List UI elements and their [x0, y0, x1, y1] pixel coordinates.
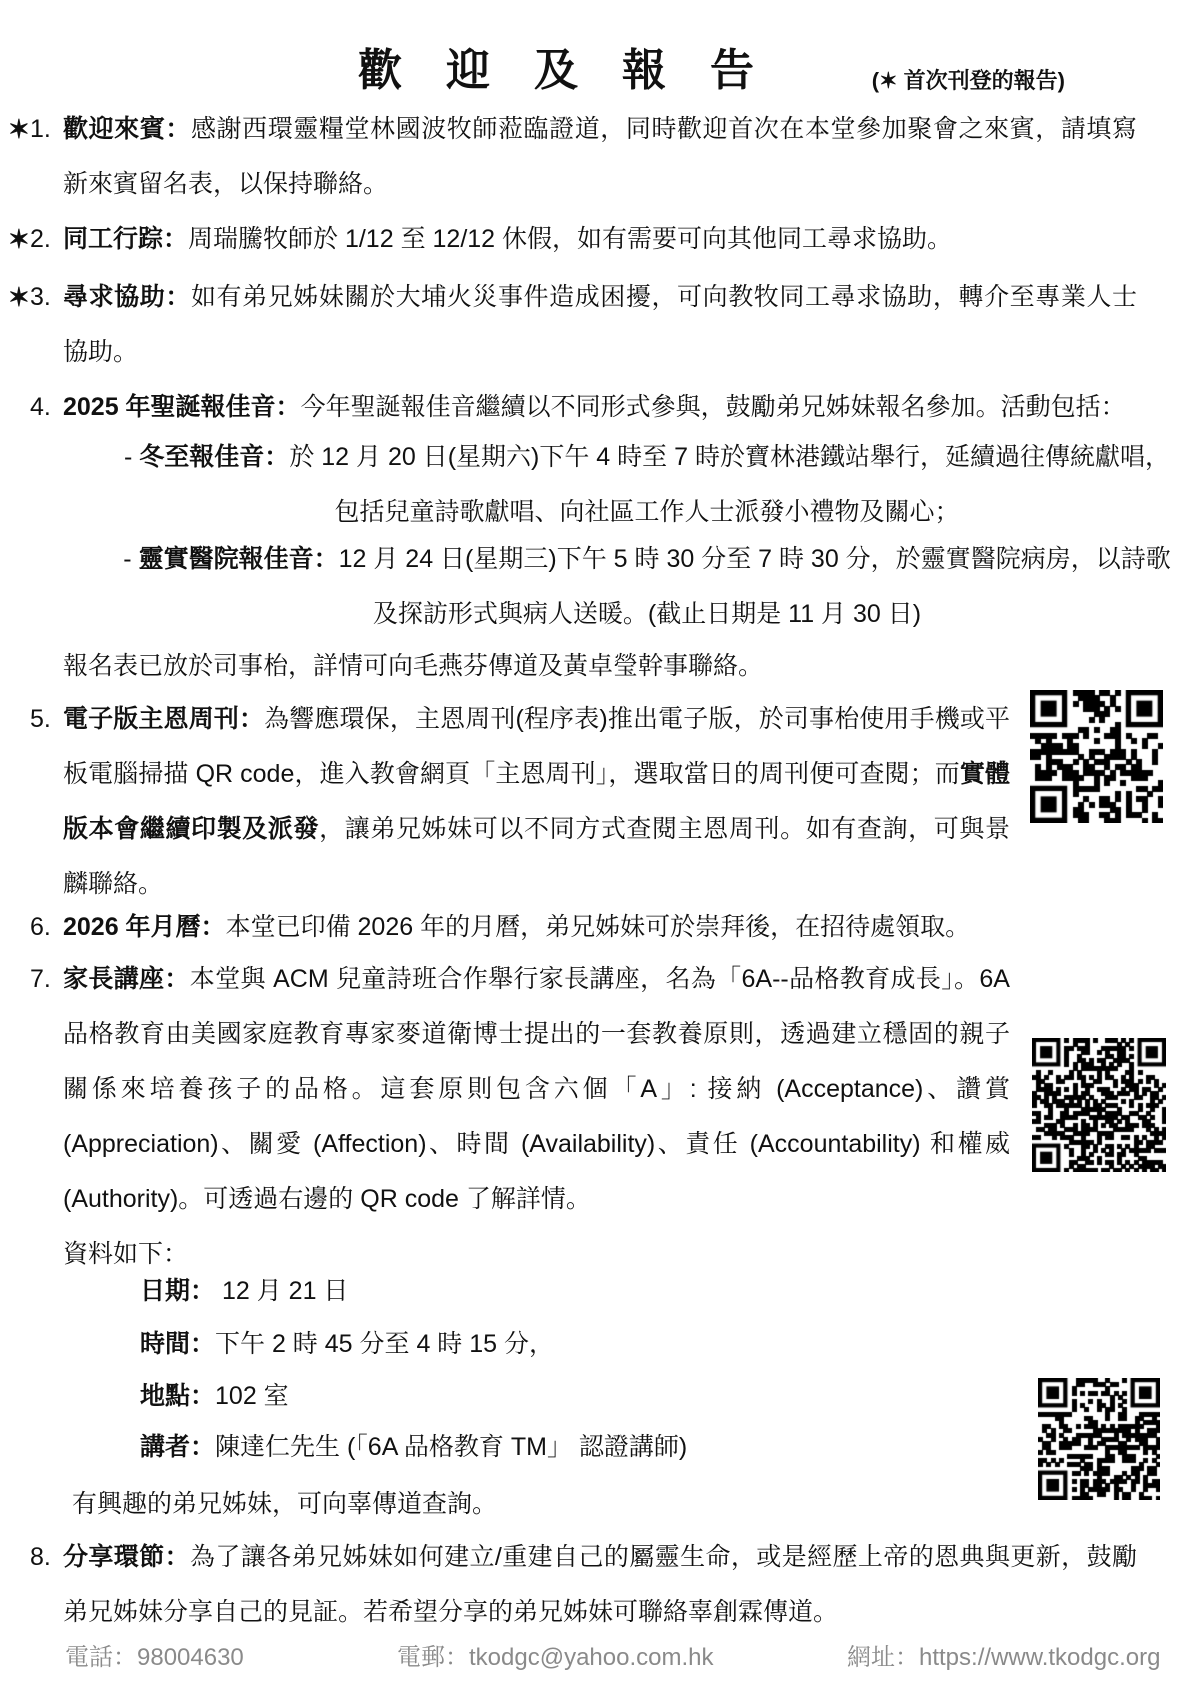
announcement-text: 2025 年聖誕報佳音：今年聖誕報佳音繼續以不同形式參與，鼓勵弟兄姊妹報名參加。… — [63, 393, 1126, 421]
detail-time: 時間：下午 2 時 45 分至 4 時 15 分， — [140, 1317, 1137, 1372]
qr-code-parent-seminar — [1038, 1378, 1160, 1500]
detail-text: 時間：下午 2 時 45 分至 4 時 15 分， — [140, 1330, 554, 1358]
footer-phone: 電話：98004630 — [65, 1637, 244, 1672]
announcement-item-1: ✶ 1. 歡迎來賓：感謝西環靈糧堂林國波牧師蒞臨證道，同時歡迎首次在本堂參加聚會… — [63, 102, 1137, 212]
announcement-text: - 冬至報佳音：於 12 月 20 日(星期六)下午 4 時至 7 時於寶林港鐵… — [124, 443, 1170, 526]
announcement-text: - 靈實醫院報佳音：12 月 24 日(星期三)下午 5 時 30 分至 7 時… — [123, 545, 1170, 628]
item-number: 5. — [30, 692, 51, 747]
announcement-item-6: 6. 2026 年月曆：本堂已印備 2026 年的月曆，弟兄姊妹可於崇拜後，在招… — [63, 900, 1137, 955]
announcement-text: 報名表已放於司事枱，詳情可向毛燕芬傳道及黃卓瑩幹事聯絡。 — [63, 652, 763, 680]
announcement-text: 同工行踪：周瑞騰牧師於 1/12 至 12/12 休假，如有需要可向其他同工尋求… — [63, 225, 952, 253]
announcement-item-4: 4. 2025 年聖誕報佳音：今年聖誕報佳音繼續以不同形式參與，鼓勵弟兄姊妹報名… — [63, 380, 1137, 435]
announcement-item-3: ✶ 3. 尋求協助：如有弟兄姊妹關於大埔火災事件造成困擾，可向教牧同工尋求協助，… — [63, 270, 1137, 380]
detail-venue: 地點：102 室 — [140, 1369, 1137, 1424]
announcement-text: 電子版主恩周刊：為響應環保，主恩周刊(程序表)推出電子版，於司事枱使用手機或平板… — [63, 705, 1010, 898]
qr-code-parenting-info — [1032, 1038, 1166, 1172]
item-number: 4. — [30, 380, 51, 435]
sub-item-hospital-caroling: - 靈實醫院報佳音：12 月 24 日(星期三)下午 5 時 30 分至 7 時… — [112, 532, 1182, 642]
announcement-item-7: 7. 家長講座：本堂與 ACM 兒童詩班合作舉行家長講座，名為「6A--品格教育… — [63, 952, 1010, 1227]
star-icon: ✶ — [8, 270, 30, 325]
announcement-text: 有興趣的弟兄姊妹，可向辜傳道查詢。 — [72, 1490, 497, 1518]
announcement-item-2: ✶ 2. 同工行踪：周瑞騰牧師於 1/12 至 12/12 休假，如有需要可向其… — [63, 212, 1137, 267]
first-publish-note: (✶ 首次刊登的報告) — [872, 64, 1065, 95]
footer-website: 網址：https://www.tkodgc.org — [847, 1637, 1160, 1672]
item-number: 8. — [30, 1530, 51, 1585]
star-icon: ✶ — [8, 212, 30, 267]
detail-date: 日期： 12 月 21 日 — [140, 1264, 1137, 1319]
announcement-text: 尋求協助：如有弟兄姊妹關於大埔火災事件造成困擾，可向教牧同工尋求協助，轉介至專業… — [63, 283, 1137, 366]
star-icon: ✶ — [8, 102, 30, 157]
announcement-text: 2026 年月曆：本堂已印備 2026 年的月曆，弟兄姊妹可於崇拜後，在招待處領… — [63, 913, 970, 941]
item-number: 3. — [30, 270, 51, 325]
item-number: 7. — [30, 952, 51, 1007]
detail-text: 日期： 12 月 21 日 — [140, 1277, 348, 1305]
sub-item-winter-caroling: - 冬至報佳音：於 12 月 20 日(星期六)下午 4 時至 7 時於寶林港鐵… — [112, 430, 1182, 540]
detail-text: 講者：陳達仁先生 (「6A 品格教育 TM」 認證講師) — [140, 1433, 687, 1461]
item-number: 6. — [30, 900, 51, 955]
announcement-item-8: 8. 分享環節：為了讓各弟兄姊妹如何建立/重建自己的屬靈生命，或是經歷上帝的恩典… — [63, 1530, 1137, 1640]
detail-text: 地點：102 室 — [140, 1382, 289, 1410]
qr-code-weekly-bulletin — [1030, 690, 1163, 823]
announcement-text: 分享環節：為了讓各弟兄姊妹如何建立/重建自己的屬靈生命，或是經歷上帝的恩典與更新… — [63, 1543, 1137, 1626]
footer: 電話：98004630 電郵：tkodgc@yahoo.com.hk 網址：ht… — [0, 1637, 1200, 1677]
inquiry-note: 有興趣的弟兄姊妹，可向辜傳道查詢。 — [72, 1477, 1137, 1532]
item-number: 2. — [30, 212, 51, 267]
announcement-text: 歡迎來賓：感謝西環靈糧堂林國波牧師蒞臨證道，同時歡迎首次在本堂參加聚會之來賓，請… — [63, 115, 1137, 198]
detail-speaker: 講者：陳達仁先生 (「6A 品格教育 TM」 認證講師) — [140, 1420, 1137, 1475]
registration-note: 報名表已放於司事枱，詳情可向毛燕芬傳道及黃卓瑩幹事聯絡。 — [63, 639, 1137, 694]
announcement-text: 家長講座：本堂與 ACM 兒童詩班合作舉行家長講座，名為「6A--品格教育成長」… — [63, 965, 1010, 1213]
item-number: 1. — [30, 102, 51, 157]
footer-email: 電郵：tkodgc@yahoo.com.hk — [397, 1637, 714, 1672]
bulletin-page: 歡迎及報告 (✶ 首次刊登的報告) ✶ 1. 歡迎來賓：感謝西環靈糧堂林國波牧師… — [0, 0, 1200, 1697]
announcement-item-5: 5. 電子版主恩周刊：為響應環保，主恩周刊(程序表)推出電子版，於司事枱使用手機… — [63, 692, 1010, 912]
